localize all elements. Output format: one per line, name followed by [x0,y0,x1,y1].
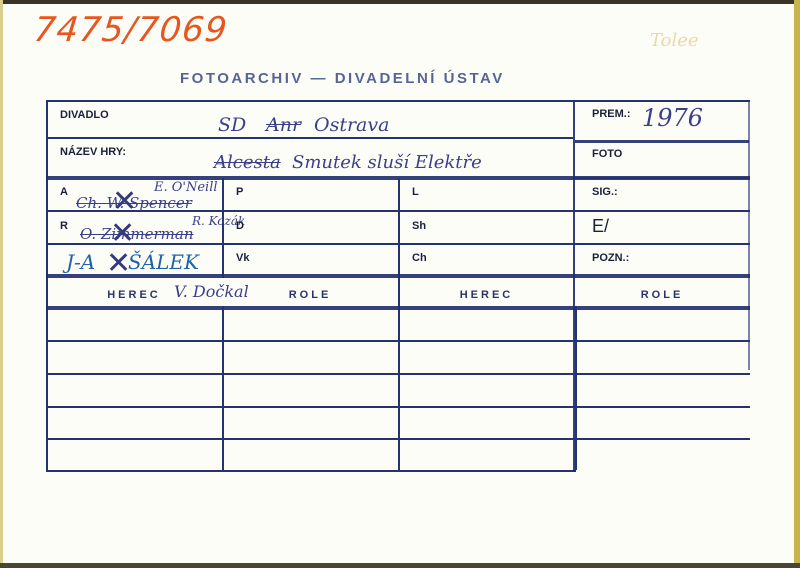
divadlo-value: Ostrava [314,114,389,136]
scan-edge-left [0,0,3,568]
scan-edge-right [794,0,800,568]
divadlo-underline [46,137,573,139]
cross-out-mark: ✕ [106,246,131,281]
prem-label: PREM.: [592,108,631,120]
credit-l-label: L [412,186,419,198]
credit-vk-label: Vk [236,252,249,264]
credit-d-label: D [236,220,244,232]
archive-number: 7475/7069 [32,10,230,50]
nazev-hry-label: NÁZEV HRY: [60,146,126,158]
cast-row-line [46,406,750,408]
credit-a-label: A [60,186,68,198]
divadlo-label: DIVADLO [60,109,109,121]
cast-header-role-2: ROLE [575,289,749,301]
credits-col-divider-1 [222,178,224,278]
stamp-header: FOTOARCHIV — DIVADELNÍ ÚSTAV [180,70,505,87]
cast-col-divider-3 [575,306,577,470]
faint-pencil-note: Tolee [650,30,699,51]
credit-a-note: E. O'Neill [154,180,218,195]
credit-sh-label: Sh [412,220,426,232]
cast-row-line [46,373,750,375]
divadlo-struck: Anr [266,114,301,136]
frame-bottom [46,470,576,472]
credits-bottom-divider [46,274,750,278]
credit-p-label: P [236,186,243,198]
credit-r-label: R [60,220,68,232]
divadlo-prefix: SD [218,114,246,136]
prem-value: 1976 [642,104,703,132]
credit-s-name: ŠÁLEK [128,250,199,274]
sig-label: SIG.: [592,186,618,198]
nazev-hry-struck: Alcesta [214,152,281,173]
prem-underline [575,140,749,143]
credit-r-struck: O. Zimmerman [80,225,194,243]
e-label: E/ [592,216,609,237]
frame-top [46,100,750,102]
cast-header-underline [46,306,750,310]
cast-row-line [46,340,750,342]
index-card-form: DIVADLO SD Anr Ostrava NÁZEV HRY: Alcest… [46,100,750,472]
cast-row-line [46,438,750,440]
credits-col-divider-2 [398,178,400,472]
cast-header-herec-2: HEREC [400,289,573,301]
nazev-hry-value: Smutek sluší Elektře [292,152,482,173]
credit-s-struck-part: J-A [66,250,95,274]
cross-out-mark: ✕ [112,184,137,219]
credit-ch-label: Ch [412,252,427,264]
cast-col-divider-1 [222,306,224,472]
cast-header-note: V. Dočkal [174,282,249,301]
pozn-label: POZN.: [592,252,629,264]
scan-edge-bottom [0,563,800,568]
frame-left [46,100,48,472]
scan-edge-top [0,0,800,4]
credits-row-line-2 [46,243,750,245]
foto-label: FOTO [592,148,622,160]
foto-underline [575,177,749,179]
